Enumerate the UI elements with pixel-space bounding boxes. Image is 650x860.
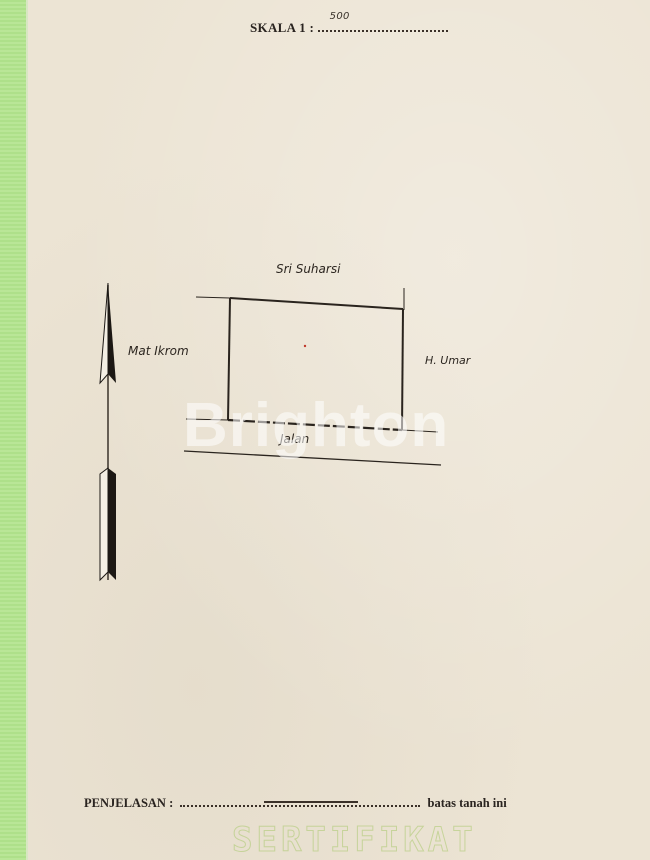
footer-label: PENJELASAN : xyxy=(84,796,173,810)
north-arrow-icon xyxy=(100,283,116,580)
footer-explanation: PENJELASAN : batas tanah ini xyxy=(84,796,507,811)
south-border-label: Jalan xyxy=(280,432,309,446)
footer-suffix: batas tanah ini xyxy=(428,796,507,810)
parcel-outline xyxy=(184,288,441,465)
land-sketch xyxy=(0,0,650,860)
perforated-stamp: SERTIFIKAT xyxy=(232,820,477,860)
footer-field xyxy=(180,797,420,807)
east-border-label: H. Umar xyxy=(425,354,470,367)
north-border-label: Sri Suharsi xyxy=(276,262,340,276)
center-mark xyxy=(304,345,306,347)
west-border-label: Mat Ikrom xyxy=(128,344,189,358)
